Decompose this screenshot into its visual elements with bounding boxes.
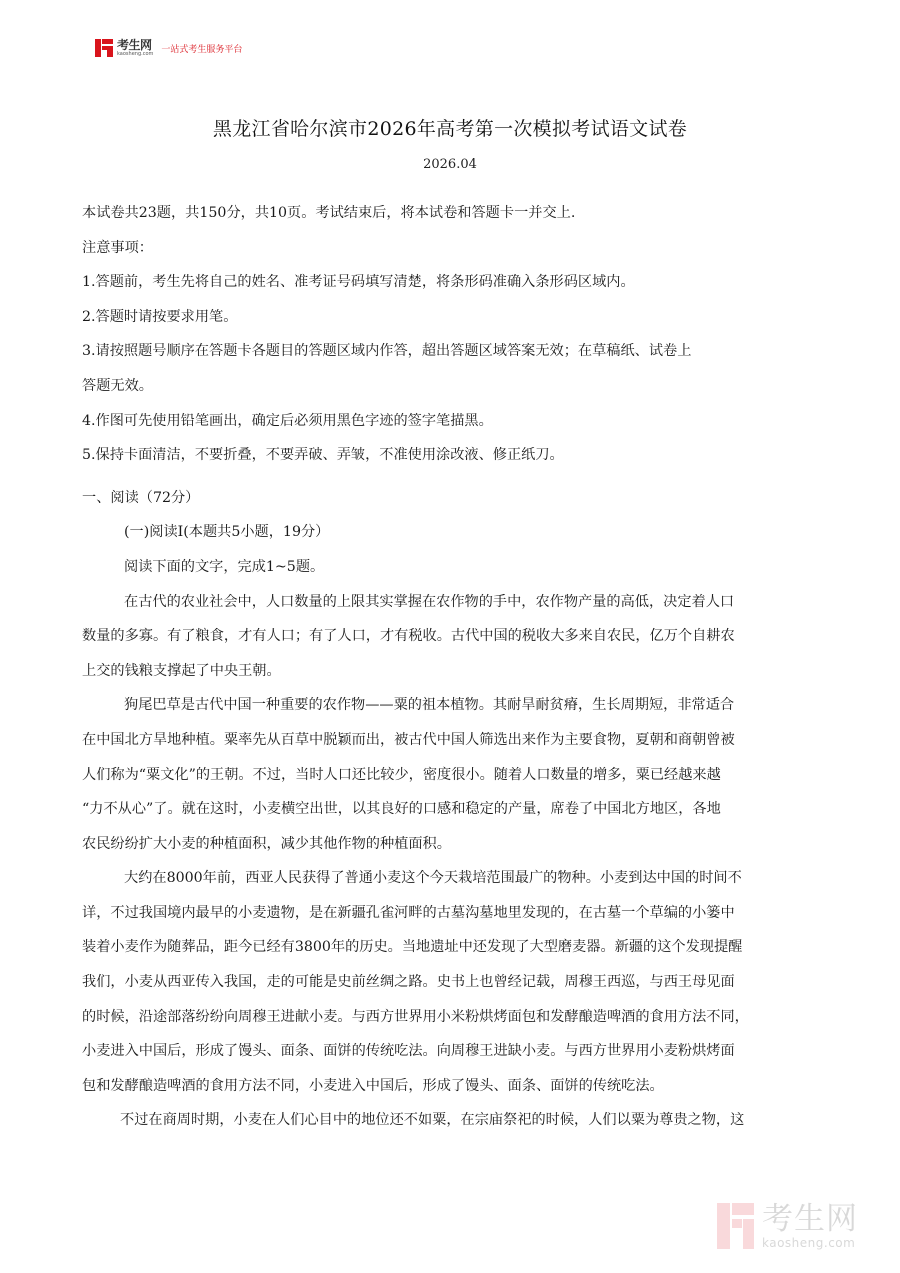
- note-item: 5.保持卡面清洁，不要折叠，不要弄破、弄皱，不准使用涂改液、修正纸刀。: [82, 445, 832, 480]
- document-body: 本试卷共23题，共150分，共10页。考试结束后，将本试卷和答题卡一并交上. 注…: [82, 203, 832, 1145]
- passage-line: 我们，小麦从西亚传入我国，走的可能是史前丝绸之路。史书上也曾经记载，周穆王西巡，…: [82, 972, 832, 1007]
- passage-line: 不过在商周时期，小麦在人们心目中的地位还不如粟，在宗庙祭祀的时候，人们以粟为尊贵…: [82, 1110, 832, 1145]
- note-item: 2.答题时请按要求用笔。: [82, 307, 832, 342]
- note-item-continued: 答题无效。: [82, 376, 832, 411]
- instruction-text: 阅读下面的文字，完成1~5题。: [82, 557, 832, 592]
- passage-line: “力不从心”了。就在这时，小麦横空出世，以其良好的口感和稳定的产量，席卷了中国北…: [82, 799, 832, 834]
- watermark-text: 考生网 kaosheng.com: [762, 1204, 858, 1249]
- passage-line: 在中国北方旱地种植。粟率先从百草中脱颖而出，被古代中国人筛选出来作为主要食物，夏…: [82, 730, 832, 765]
- watermark: 考生网 kaosheng.com: [717, 1203, 858, 1249]
- passage-line: 在古代的农业社会中，人口数量的上限其实掌握在农作物的手中，农作物产量的高低，决定…: [82, 592, 832, 627]
- passage-line: 农民纷纷扩大小麦的种植面积，减少其他作物的种植面积。: [82, 834, 832, 869]
- passage-line: 装着小麦作为随葬品，距今已经有3800年的历史。当地遗址中还发现了大型磨麦器。新…: [82, 937, 832, 972]
- logo-slogan: 一站式考生服务平台: [161, 42, 242, 55]
- section-heading: 一、阅读（72分）: [82, 488, 832, 523]
- passage-line: 人们称为“粟文化”的王朝。不过，当时人口还比较少，密度很小。随着人口数量的增多，…: [82, 765, 832, 800]
- note-item: 3.请按照题号顺序在答题卡各题目的答题区域内作答，超出答题区域答案无效；在草稿纸…: [82, 341, 832, 376]
- watermark-cn: 考生网: [762, 1204, 858, 1235]
- intro-text: 本试卷共23题，共150分，共10页。考试结束后，将本试卷和答题卡一并交上.: [82, 203, 832, 238]
- passage-line: 包和发酵酿造啤酒的食用方法不同，小麦进入中国后，形成了馒头、面条、面饼的传统吃法…: [82, 1076, 832, 1111]
- subsection-heading: (一)阅读Ⅰ(本题共5小题，19分）: [82, 522, 832, 557]
- document-date: 2026.04: [0, 157, 900, 172]
- passage-line: 小麦进入中国后，形成了馒头、面条、面饼的传统吃法。向周穆王进缺小麦。与西方世界用…: [82, 1041, 832, 1076]
- note-item: 1.答题前，考生先将自己的姓名、准考证号码填写清楚，将条形码准确入条形码区域内。: [82, 272, 832, 307]
- watermark-logo-icon: [717, 1203, 754, 1249]
- document-title: 黑龙江省哈尔滨市2026年高考第一次模拟考试语文试卷: [0, 114, 900, 141]
- notes-heading: 注意事项：: [82, 238, 832, 273]
- logo-text: 考生网 kaosheng.com: [117, 39, 153, 57]
- logo-en: kaosheng.com: [117, 52, 153, 57]
- logo-cn: 考生网: [117, 39, 153, 51]
- passage-line: 数量的多寡。有了粮食，才有人口；有了人口，才有税收。古代中国的税收大多来自农民，…: [82, 626, 832, 661]
- passage-line: 狗尾巴草是古代中国一种重要的农作物——粟的祖本植物。其耐旱耐贫瘠，生长周期短，非…: [82, 695, 832, 730]
- passage-line: 上交的钱粮支撑起了中央王朝。: [82, 661, 832, 696]
- header-logo: 考生网 kaosheng.com 一站式考生服务平台: [95, 38, 242, 58]
- passage-line: 详，不过我国境内最早的小麦遗物，是在新疆孔雀河畔的古墓沟墓地里发现的，在古墓一个…: [82, 903, 832, 938]
- watermark-en: kaosheng.com: [762, 1237, 858, 1249]
- passage-line: 大约在8000年前，西亚人民获得了普通小麦这个今天栽培范围最广的物种。小麦到达中…: [82, 868, 832, 903]
- note-item: 4.作图可先使用铅笔画出，确定后必须用黑色字迹的签字笔描黑。: [82, 411, 832, 446]
- passage-line: 的时候，沿途部落纷纷向周穆王进献小麦。与西方世界用小米粉烘烤面包和发酵酿造啤酒的…: [82, 1007, 832, 1042]
- kaosheng-logo-icon: [95, 39, 113, 57]
